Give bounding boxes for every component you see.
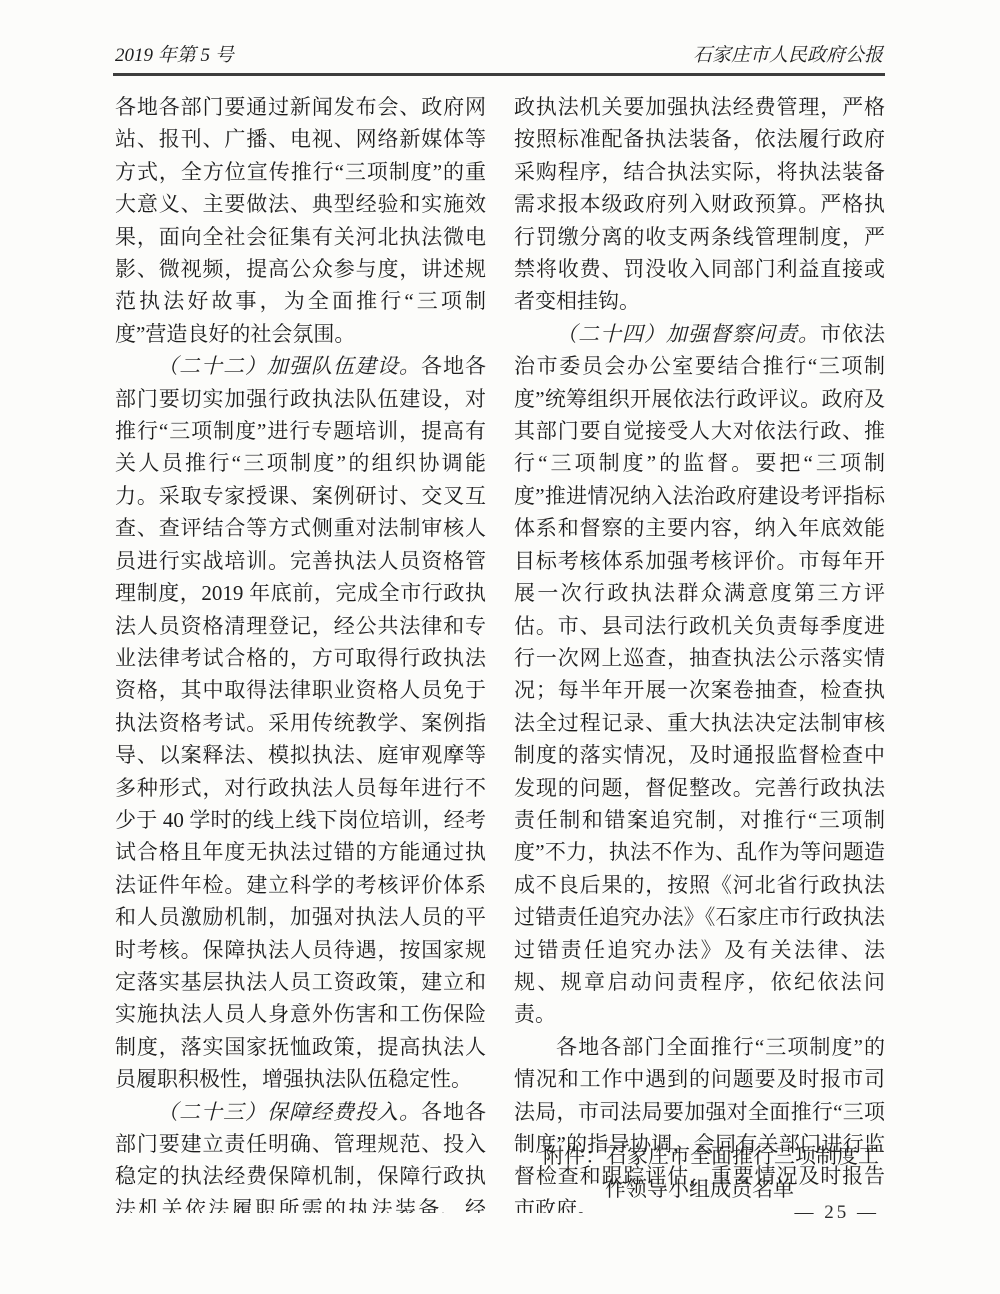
page-number: — 25 — xyxy=(795,1202,880,1224)
paragraph-continuation: 各地各部门要通过新闻发布会、政府网站、报刊、广播、电视、网络新媒体等方式，全方位… xyxy=(115,91,486,350)
issue-number: 2019 年第 5 号 xyxy=(115,44,234,68)
attachment-note: 附件：石家庄市全面推行三项制度工 作领导小组成员名单 xyxy=(515,1140,887,1206)
publication-title: 石家庄市人民政府公报 xyxy=(693,44,883,68)
section-heading: （二十二）加强队伍建设。 xyxy=(157,354,421,378)
header-rule xyxy=(113,73,885,76)
text-columns: 各地各部门要通过新闻发布会、政府网站、报刊、广播、电视、网络新媒体等方式，全方位… xyxy=(115,91,885,1213)
paragraph-section-23: （二十三）保障经费投入。各地各部门要建立责任明确、管理规范、投入稳定的执法经费保… xyxy=(115,1096,486,1213)
section-heading: （二十四）加强督察问责。 xyxy=(556,322,820,346)
paragraph-text: 各地各部门要切实加强行政执法队伍建设，对推行“三项制度”进行专题培训，提高有关人… xyxy=(115,354,486,1091)
attachment-line: 附件：石家庄市全面推行三项制度工 xyxy=(515,1140,887,1173)
page-header: 2019 年第 5 号 石家庄市人民政府公报 xyxy=(115,44,883,68)
left-column: 各地各部门要通过新闻发布会、政府网站、报刊、广播、电视、网络新媒体等方式，全方位… xyxy=(115,91,486,1213)
gazette-page: 2019 年第 5 号 石家庄市人民政府公报 各地各部门要通过新闻发布会、政府网… xyxy=(0,0,1000,1294)
paragraph-text: 市依法治市委员会办公室要结合推行“三项制度”统筹组织开展依法行政评议。政府及其部… xyxy=(514,322,885,1027)
paragraph-text: 各地各部门要通过新闻发布会、政府网站、报刊、广播、电视、网络新媒体等方式，全方位… xyxy=(115,95,486,346)
paragraph-text: 政执法机关要加强执法经费管理，严格按照标准配备执法装备，依法履行政府采购程序，结… xyxy=(514,95,885,313)
section-heading: （二十三）保障经费投入。 xyxy=(157,1100,421,1124)
paragraph-section-24: （二十四）加强督察问责。市依法治市委员会办公室要结合推行“三项制度”统筹组织开展… xyxy=(514,318,885,1031)
paragraph-continuation: 政执法机关要加强执法经费管理，严格按照标准配备执法装备，依法履行政府采购程序，结… xyxy=(514,91,885,318)
paragraph-section-22: （二十二）加强队伍建设。各地各部门要切实加强行政执法队伍建设，对推行“三项制度”… xyxy=(115,350,486,1095)
right-column: 政执法机关要加强执法经费管理，严格按照标准配备执法装备，依法履行政府采购程序，结… xyxy=(514,91,885,1213)
